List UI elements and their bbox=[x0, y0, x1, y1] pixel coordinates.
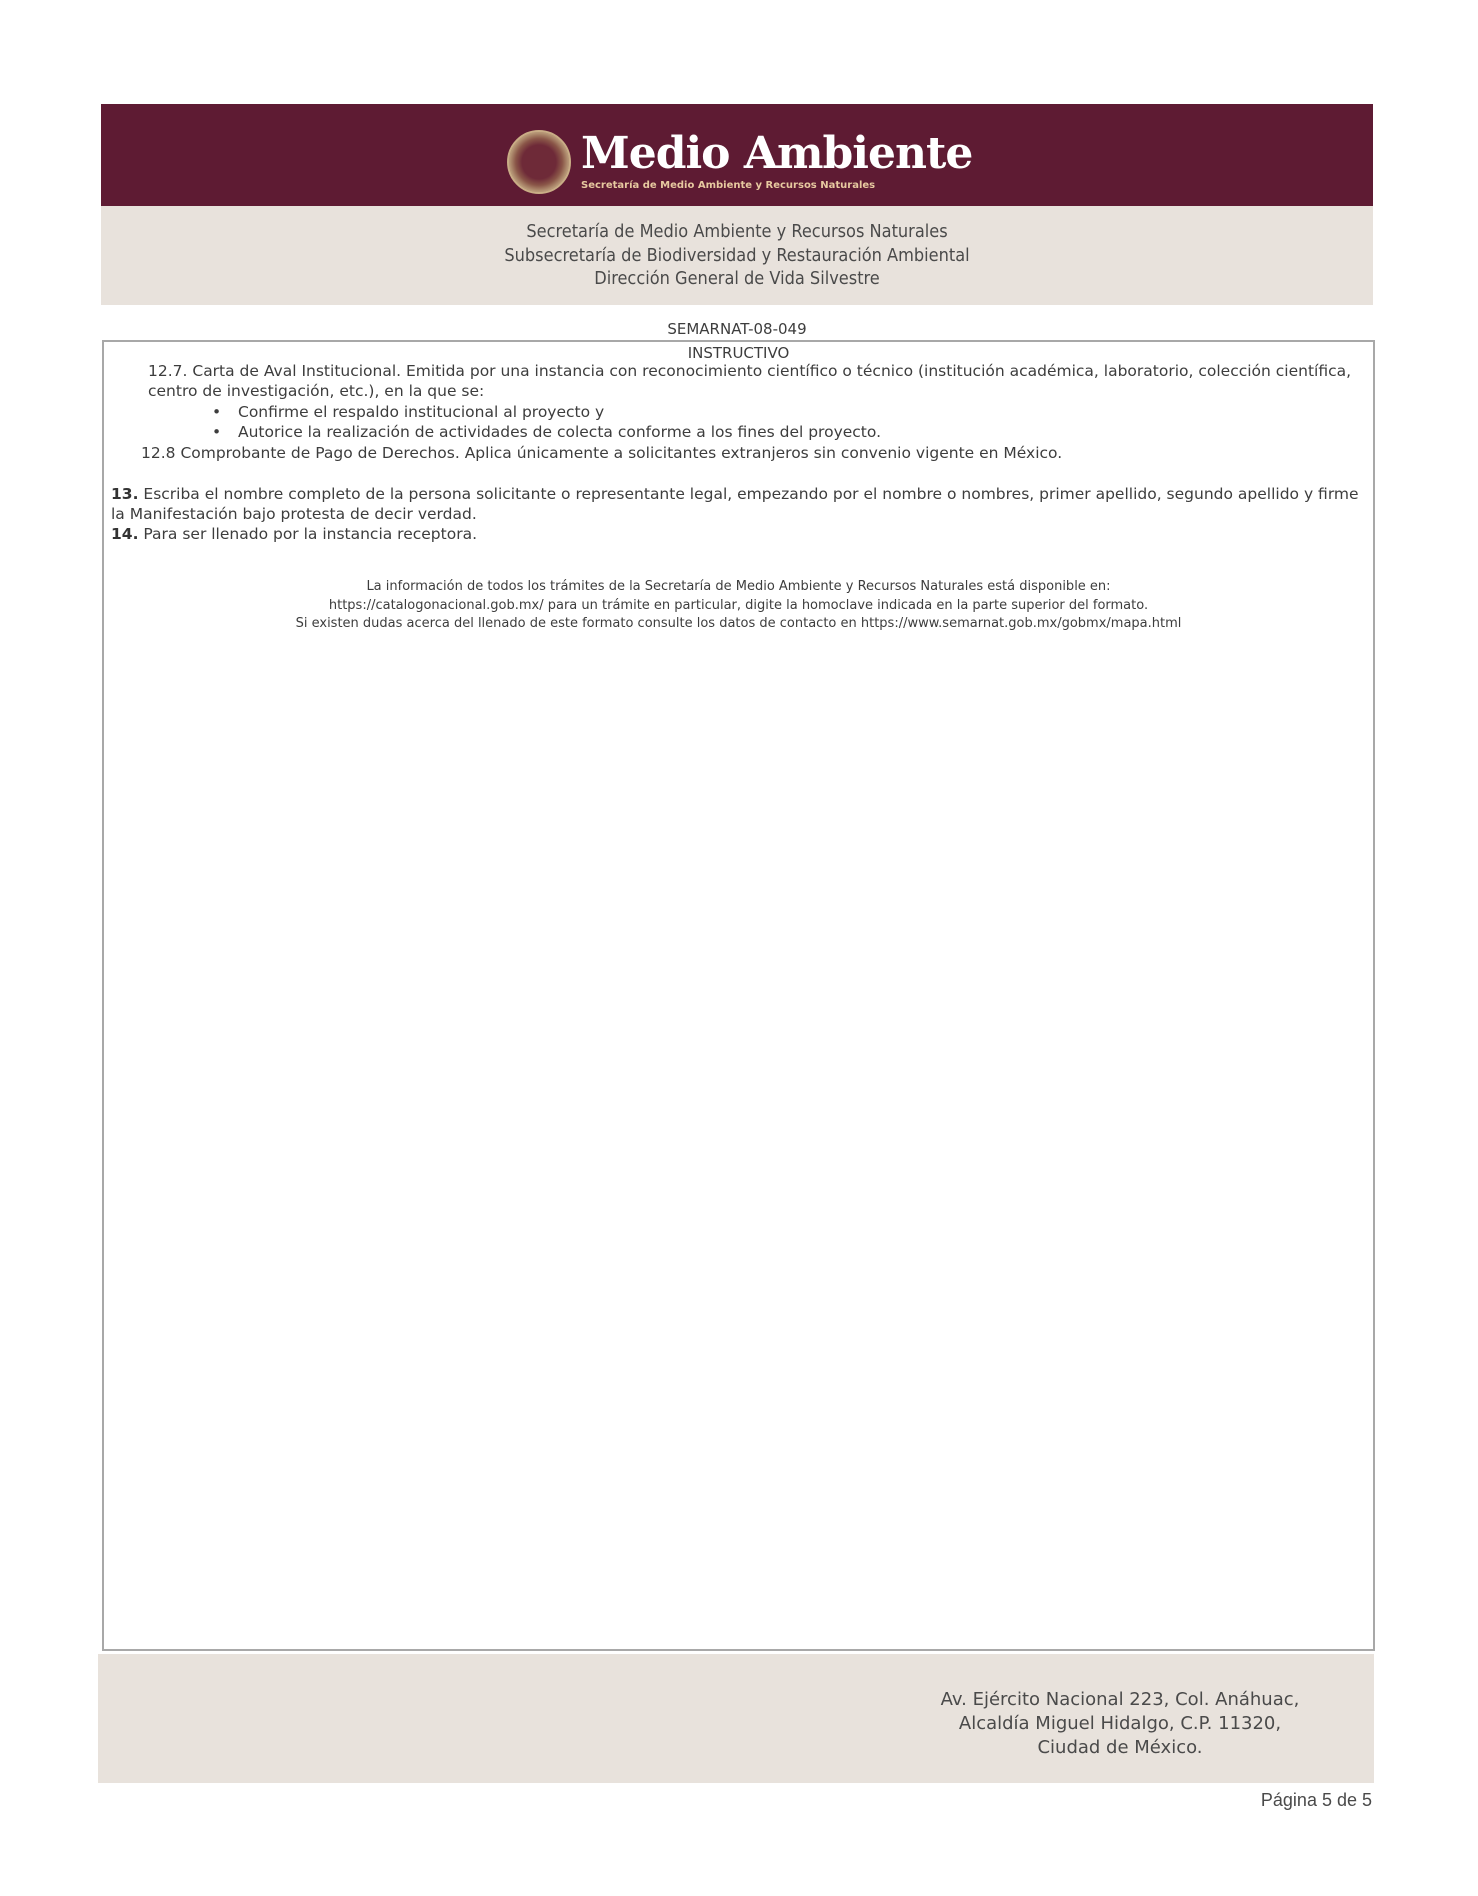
item-14: 14. Para ser llenado por la instancia re… bbox=[111, 524, 477, 545]
footer-address: Av. Ejército Nacional 223, Col. Anáhuac,… bbox=[930, 1688, 1310, 1760]
item-13-number: 13. bbox=[111, 485, 138, 503]
agency-header: Secretaría de Medio Ambiente y Recursos … bbox=[101, 206, 1373, 305]
info-notice: La información de todos los trámites de … bbox=[104, 578, 1373, 634]
item-14-number: 14. bbox=[111, 525, 138, 543]
logo-title: Medio Ambiente bbox=[581, 131, 972, 177]
item-13-line2: la Manifestación bajo protesta de decir … bbox=[111, 504, 477, 525]
agency-secretariat: Secretaría de Medio Ambiente y Recursos … bbox=[526, 220, 947, 244]
bullet-item: •Autorice la realización de actividades … bbox=[212, 422, 881, 443]
item-12-7-line2: centro de investigación, etc.), en la qu… bbox=[148, 381, 484, 402]
bullet-icon: • bbox=[212, 422, 238, 443]
bullet-icon: • bbox=[212, 402, 238, 423]
logo-subtitle: Secretaría de Medio Ambiente y Recursos … bbox=[581, 179, 972, 193]
agency-directorate: Dirección General de Vida Silvestre bbox=[594, 267, 880, 291]
item-13: 13. Escriba el nombre completo de la per… bbox=[111, 484, 1359, 505]
medio-ambiente-logo: Medio Ambiente Secretaría de Medio Ambie… bbox=[507, 129, 972, 195]
instructions-box: INSTRUCTIVO 12.7. Carta de Aval Instituc… bbox=[102, 340, 1375, 1651]
form-code: SEMARNAT-08-049 bbox=[101, 320, 1373, 338]
item-12-8: 12.8 Comprobante de Pago de Derechos. Ap… bbox=[141, 443, 1062, 464]
section-title: INSTRUCTIVO bbox=[104, 344, 1373, 362]
page-number: Página 5 de 5 bbox=[1261, 1790, 1372, 1811]
info-line-2: https://catalogonacional.gob.mx/ para un… bbox=[104, 597, 1373, 616]
bullet-item: •Confirme el respaldo institucional al p… bbox=[212, 402, 604, 423]
agency-subsecretariat: Subsecretaría de Biodiversidad y Restaur… bbox=[504, 244, 969, 268]
info-line-1: La información de todos los trámites de … bbox=[104, 578, 1373, 597]
coat-of-arms-icon bbox=[507, 130, 571, 194]
info-line-3: Si existen dudas acerca del llenado de e… bbox=[104, 615, 1373, 634]
item-12-7-line1: 12.7. Carta de Aval Institucional. Emiti… bbox=[148, 361, 1351, 382]
